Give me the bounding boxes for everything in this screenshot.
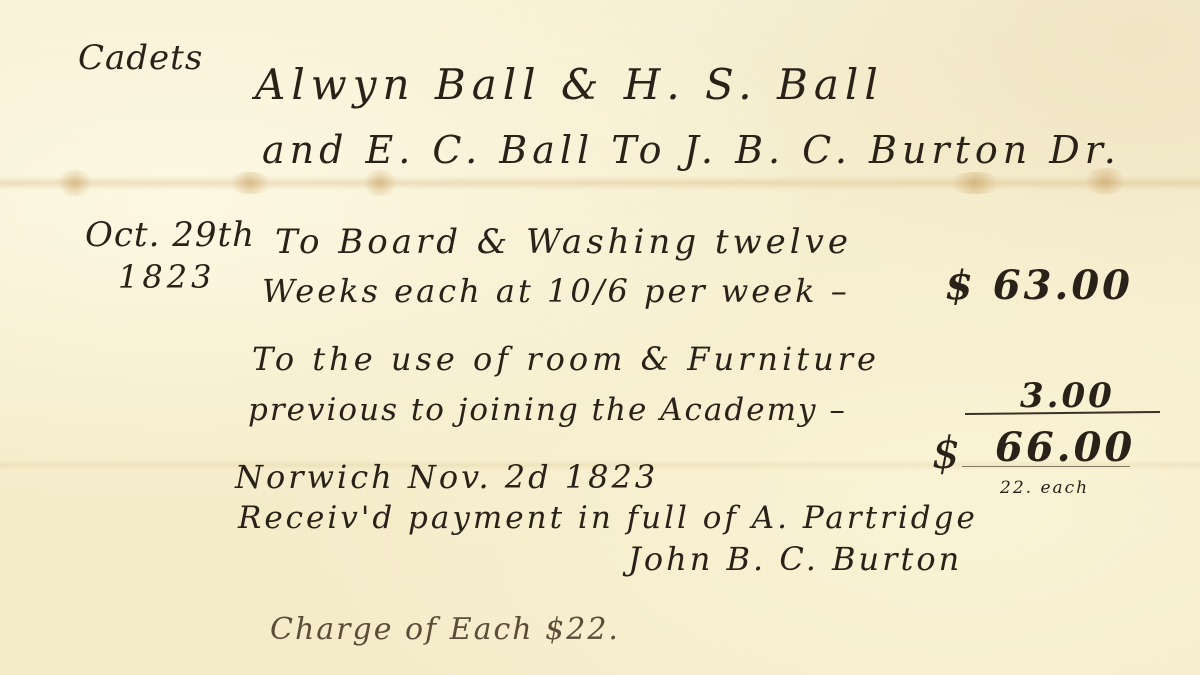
total-currency-symbol: $ [932, 428, 961, 479]
foxing-stain [945, 172, 1005, 194]
header-line-2: and E. C. Ball To J. B. C. Burton Dr. [262, 128, 1121, 172]
total-amount: 66.00 [995, 424, 1135, 471]
entry-2-amount: 3.00 [1020, 376, 1115, 416]
header-line-1: Alwyn Ball & H. S. Ball [255, 60, 884, 109]
fold-crease-upper [0, 176, 1200, 190]
entry-1-date-line-1: Oct. 29th [85, 215, 255, 255]
margin-label: Cadets [78, 38, 203, 78]
footer-note: Charge of Each $22. [270, 612, 620, 647]
receipt-place-date: Norwich Nov. 2d 1823 [235, 458, 658, 496]
entry-1-description-line-1: To Board & Washing twelve [275, 222, 852, 262]
entry-2-description-line-2: previous to joining the Academy – [248, 392, 847, 428]
total-underline [962, 466, 1130, 467]
foxing-stain [55, 170, 95, 196]
total-per-person-note: 22. each [1000, 478, 1089, 498]
entry-2-description-line-1: To the use of room & Furniture [252, 340, 880, 378]
receipt-statement: Receiv'd payment in full of A. Partridge [238, 500, 978, 536]
entry-1-date-line-2: 1823 [118, 258, 215, 296]
foxing-stain [360, 170, 400, 196]
signature: John B. C. Burton [628, 540, 962, 578]
entry-1-amount: $ 63.00 [945, 262, 1133, 309]
entry-1-description-line-2: Weeks each at 10/6 per week – [262, 272, 850, 310]
foxing-stain [225, 172, 275, 194]
